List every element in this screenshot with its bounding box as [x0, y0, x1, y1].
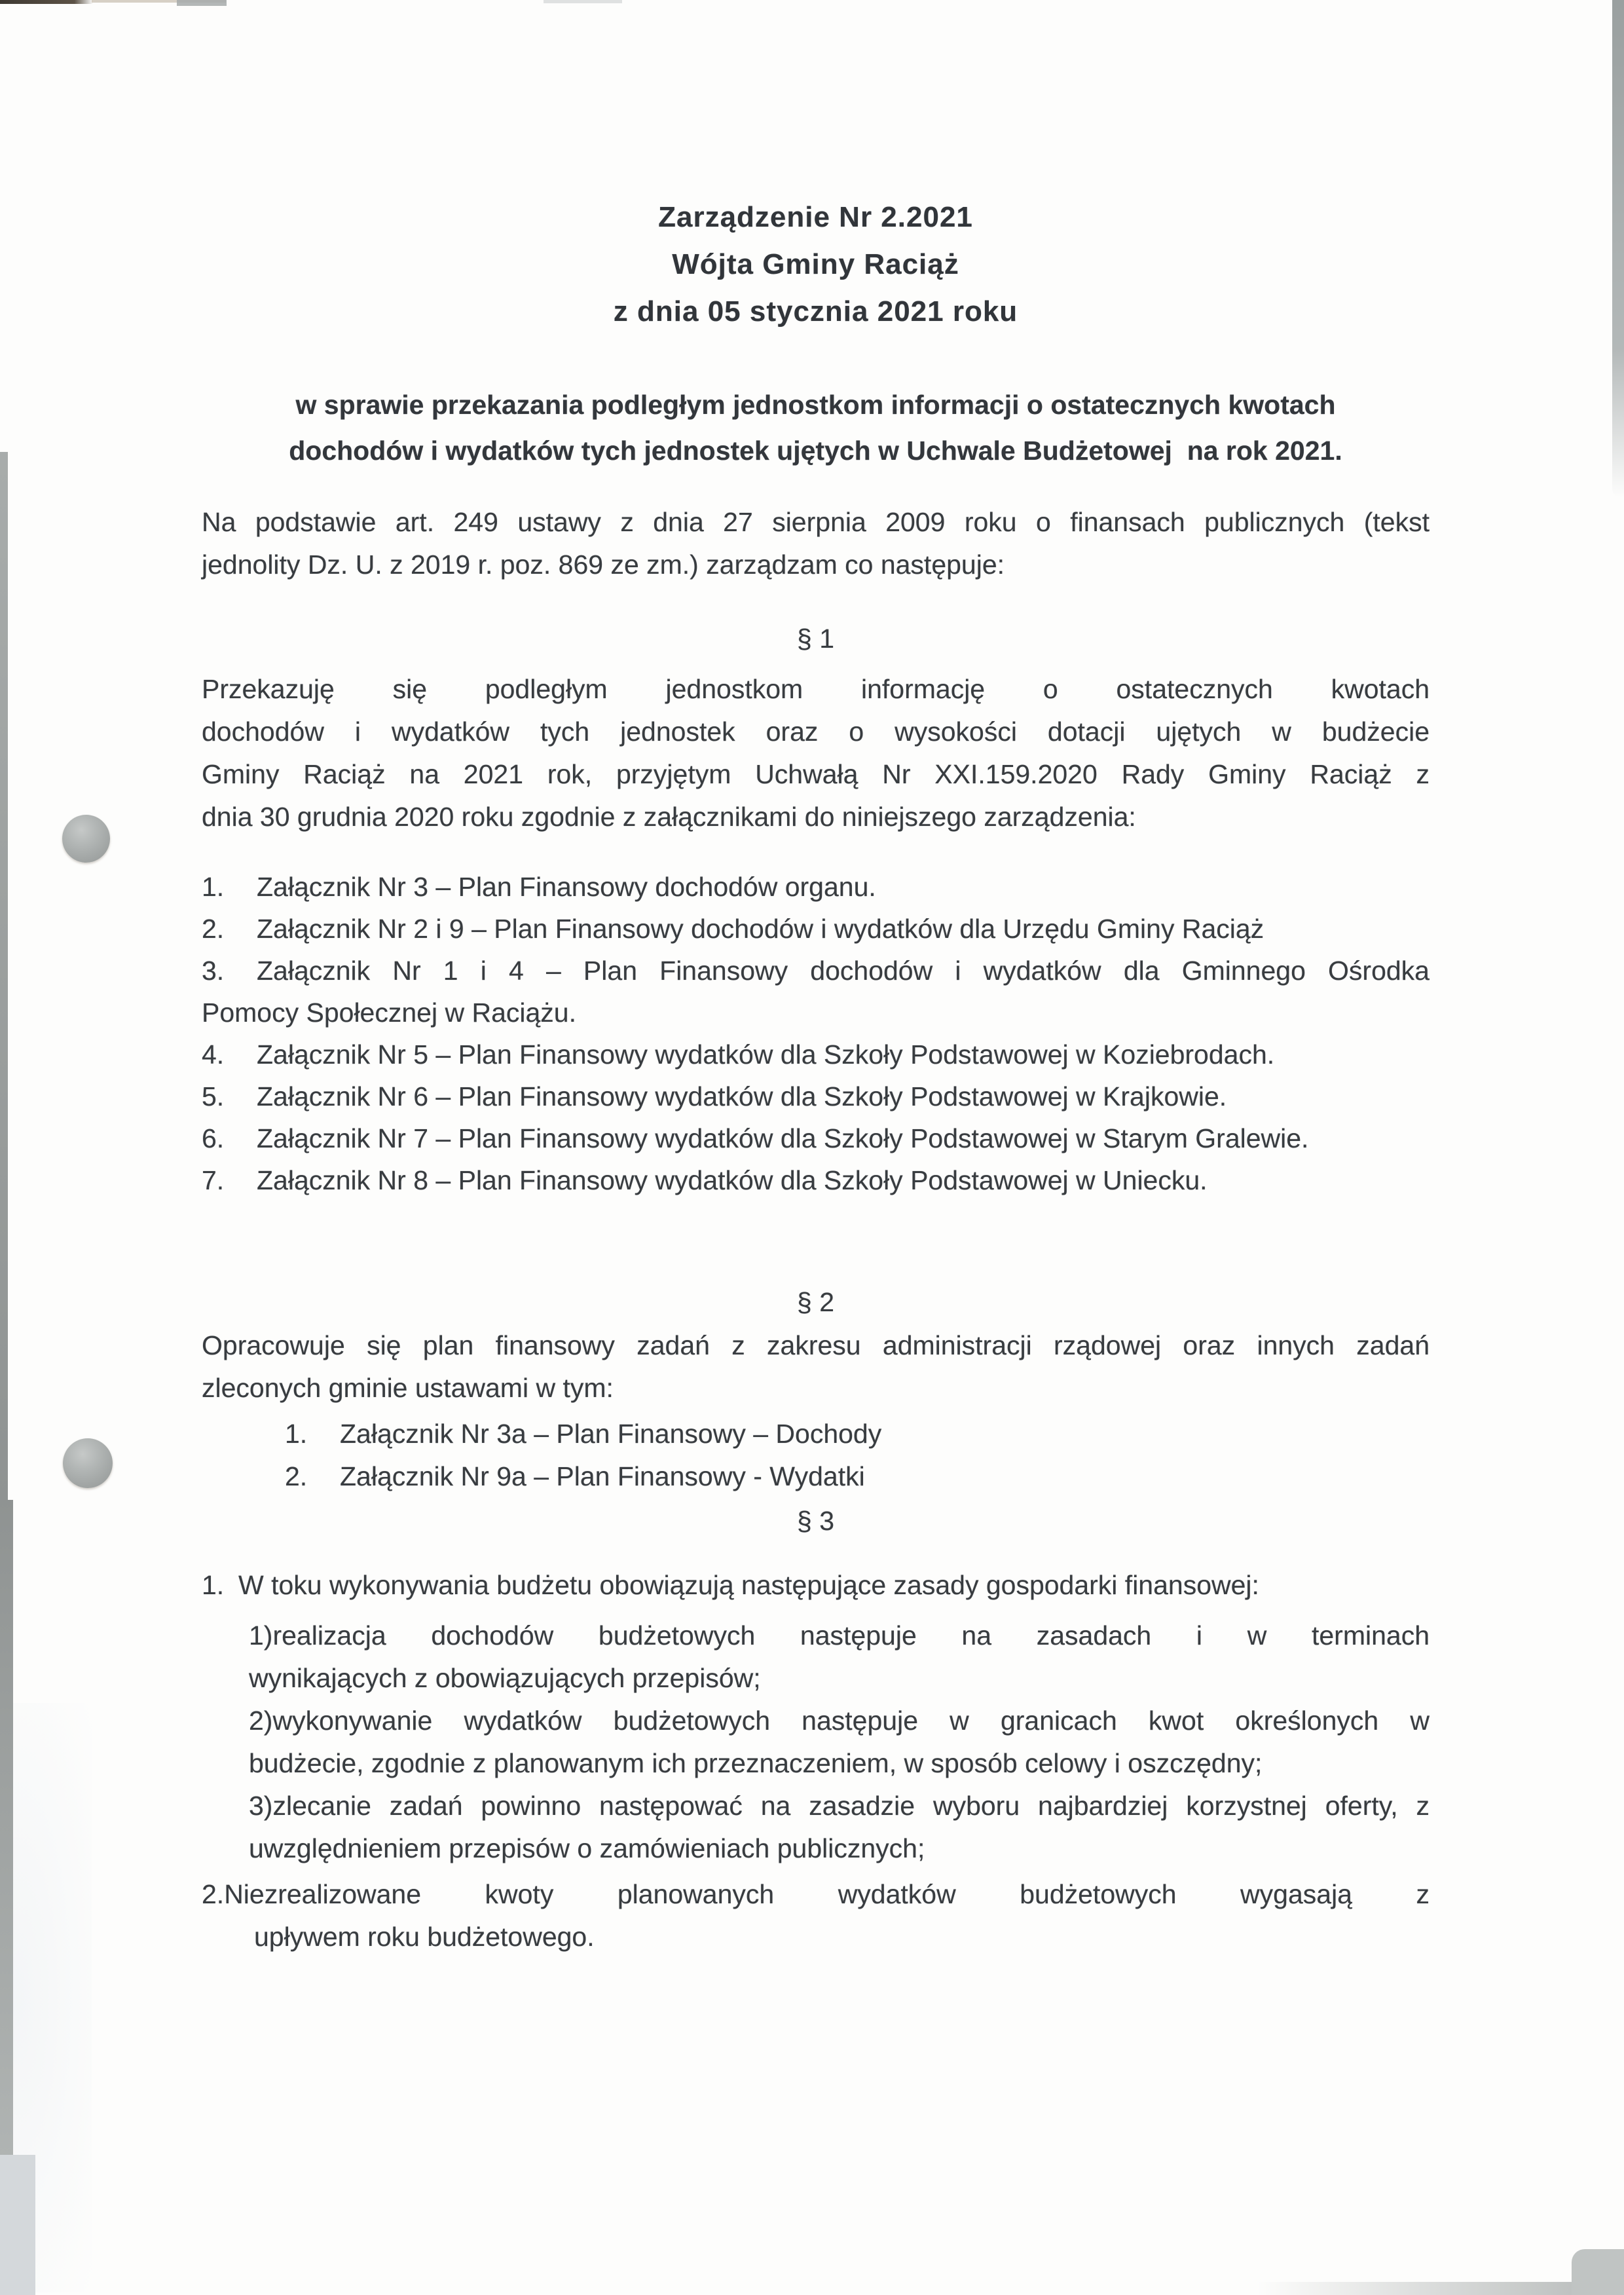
hole-punch-bottom	[63, 1438, 113, 1488]
attachments-list: 1. Załącznik Nr 3 – Plan Finansowy docho…	[202, 866, 1430, 1201]
list-item: 1. W toku wykonywania budżetu obowiązują…	[202, 1564, 1430, 1607]
scan-edge-bottom-band	[1257, 2282, 1624, 2295]
section-2-paragraph: Opracowuje się plan finansowy zadań z za…	[202, 1324, 1430, 1409]
list-item-text: Załącznik Nr 9a – Plan Finansowy - Wydat…	[340, 1455, 1430, 1498]
list-item-number: 4.	[202, 1034, 257, 1075]
list-item-text: W toku wykonywania budżetu obowiązują na…	[238, 1564, 1430, 1607]
section-2-list: 1. Załącznik Nr 3a – Plan Finansowy – Do…	[202, 1413, 1430, 1498]
list-item: 6. Załącznik Nr 7 – Plan Finansowy wydat…	[202, 1117, 1430, 1159]
scan-edge-top-faint-line	[92, 0, 226, 3]
list-item: 2. Załącznik Nr 2 i 9 – Plan Finansowy d…	[202, 908, 1430, 950]
title-line-2: Wójta Gminy Raciąż	[202, 241, 1430, 288]
subitem-line: budżecie, zgodnie z planowanym ich przez…	[249, 1742, 1430, 1785]
subitem-line: 1)realizacja dochodów budżetowych następ…	[249, 1614, 1430, 1657]
scanned-document-page: Zarządzenie Nr 2.2021 Wójta Gminy Raciąż…	[0, 0, 1624, 2295]
hole-punch-top	[62, 815, 110, 863]
list-item-text: Załącznik Nr 3a – Plan Finansowy – Docho…	[340, 1413, 1430, 1455]
subitem-line: 3)zlecanie zadań powinno następować na z…	[249, 1785, 1430, 1827]
list-item-number: 5.	[202, 1075, 257, 1117]
list-item: 1. Załącznik Nr 3a – Plan Finansowy – Do…	[202, 1413, 1430, 1455]
list-item-number: 1.	[285, 1413, 340, 1455]
list-item-number: 2.	[285, 1455, 340, 1498]
list-item-text: Załącznik Nr 3 – Plan Finansowy dochodów…	[257, 866, 1430, 908]
section-2-paragraph-line: zleconych gminie ustawami w tym:	[202, 1367, 1430, 1409]
legal-basis-line-1: Na podstawie art. 249 ustawy z dnia 27 s…	[202, 501, 1430, 544]
legal-basis-line-2: jednolity Dz. U. z 2019 r. poz. 869 ze z…	[202, 544, 1430, 586]
section-1-paragraph-line: dochodów i wydatków tych jednostek oraz …	[202, 711, 1430, 753]
legal-basis-paragraph: Na podstawie art. 249 ustawy z dnia 27 s…	[202, 501, 1430, 586]
scan-smudge	[0, 1703, 92, 2292]
subitem-line: wynikających z obowiązujących przepisów;	[249, 1657, 1430, 1700]
section-2-heading: § 2	[202, 1281, 1430, 1324]
section-3-heading: § 3	[202, 1500, 1430, 1542]
list-item-text: Załącznik Nr 6 – Plan Finansowy wydatków…	[257, 1075, 1430, 1117]
section-3-body: 1. W toku wykonywania budżetu obowiązują…	[202, 1564, 1430, 1958]
section-3-item-2-line-1: 2.Niezrealizowane kwoty planowanych wyda…	[202, 1873, 1430, 1916]
subject-line-2: dochodów i wydatków tych jednostek ujęty…	[202, 428, 1430, 474]
list-item-number: 3.	[202, 950, 257, 992]
scan-edge-bottom-corner	[1572, 2249, 1624, 2295]
scan-edge-left-strip-bottom	[0, 2155, 35, 2295]
section-1-paragraph: Przekazuję się podległym jednostkom info…	[202, 668, 1430, 838]
list-item-text: Załącznik Nr 8 – Plan Finansowy wydatków…	[257, 1159, 1430, 1201]
list-item: 3. Załącznik Nr 1 i 4 – Plan Finansowy d…	[202, 950, 1430, 992]
title-line-1: Zarządzenie Nr 2.2021	[202, 194, 1430, 241]
scan-edge-top-light-patch	[544, 0, 622, 3]
scan-edge-right-strip	[1612, 0, 1624, 498]
section-1-paragraph-line: Gminy Raciąż na 2021 rok, przyjętym Uchw…	[202, 753, 1430, 796]
subject-line-1: w sprawie przekazania podległym jednostk…	[202, 382, 1430, 428]
section-1-heading: § 1	[202, 618, 1430, 660]
list-item-number: 2.	[202, 908, 257, 950]
section-3-item-2-line-2: upływem roku budżetowego.	[202, 1916, 1430, 1958]
section-1-paragraph-line: Przekazuję się podległym jednostkom info…	[202, 668, 1430, 711]
list-item-text: Załącznik Nr 2 i 9 – Plan Finansowy doch…	[257, 908, 1430, 950]
scan-edge-left-strip-lower	[0, 1500, 13, 2161]
subitem-line: uwzględnieniem przepisów o zamówieniach …	[249, 1827, 1430, 1870]
section-3-subitems: 1)realizacja dochodów budżetowych następ…	[202, 1614, 1430, 1870]
list-item-text: Załącznik Nr 1 i 4 – Plan Finansowy doch…	[257, 950, 1430, 992]
title-line-3: z dnia 05 stycznia 2021 roku	[202, 288, 1430, 335]
list-item-text: Załącznik Nr 5 – Plan Finansowy wydatków…	[257, 1034, 1430, 1075]
subitem-line: 2)wykonywanie wydatków budżetowych nastę…	[249, 1700, 1430, 1742]
list-item: 7. Załącznik Nr 8 – Plan Finansowy wydat…	[202, 1159, 1430, 1201]
list-item: 4. Załącznik Nr 5 – Plan Finansowy wydat…	[202, 1034, 1430, 1075]
list-item: 5. Załącznik Nr 6 – Plan Finansowy wydat…	[202, 1075, 1430, 1117]
scan-edge-top-dark-line	[0, 0, 93, 4]
section-1-paragraph-line: dnia 30 grudnia 2020 roku zgodnie z załą…	[202, 796, 1430, 838]
section-2-paragraph-line: Opracowuje się plan finansowy zadań z za…	[202, 1324, 1430, 1367]
list-item-number: 7.	[202, 1159, 257, 1201]
list-item-number: 1.	[202, 866, 257, 908]
list-item-number: 6.	[202, 1117, 257, 1159]
list-item-number: 1.	[202, 1564, 238, 1607]
list-item: 1. Załącznik Nr 3 – Plan Finansowy docho…	[202, 866, 1430, 908]
scan-edge-top-gray-patch	[177, 0, 227, 6]
document-title: Zarządzenie Nr 2.2021 Wójta Gminy Raciąż…	[202, 194, 1430, 335]
document-subject: w sprawie przekazania podległym jednostk…	[202, 382, 1430, 474]
list-item-continuation: Pomocy Społecznej w Raciążu.	[202, 992, 1430, 1034]
list-item: 2. Załącznik Nr 9a – Plan Finansowy - Wy…	[202, 1455, 1430, 1498]
scan-edge-left-strip-upper	[0, 452, 8, 1500]
list-item-text: Załącznik Nr 7 – Plan Finansowy wydatków…	[257, 1117, 1430, 1159]
